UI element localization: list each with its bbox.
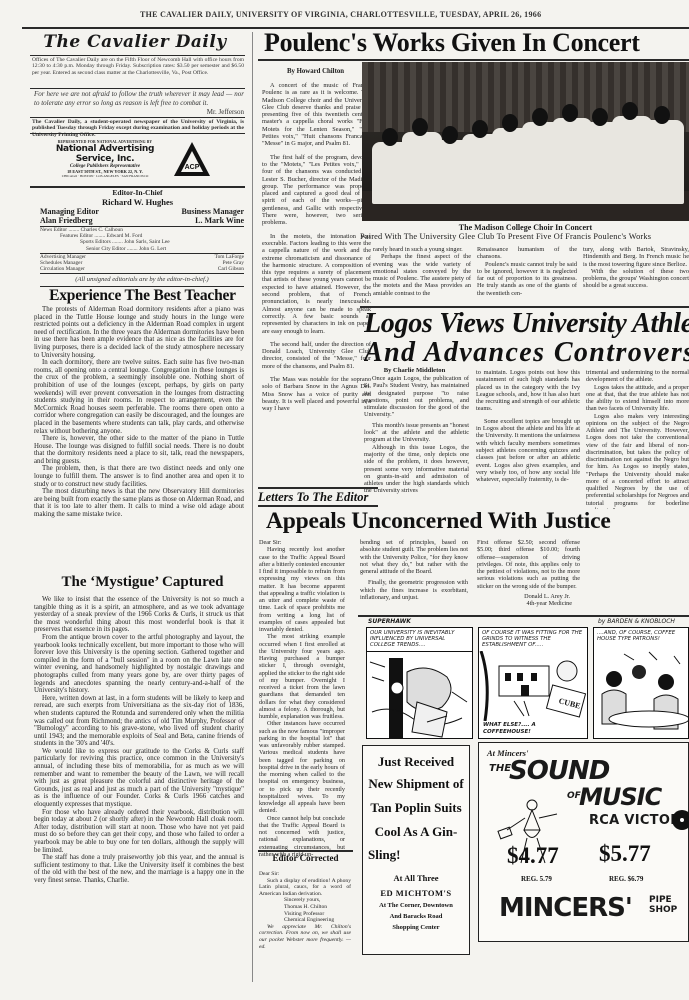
acp-triangle-icon: ACP [172, 140, 212, 180]
divider [358, 615, 689, 617]
logos-col3: trimental and undermining to the normal … [586, 369, 689, 509]
paragraph: Finally, the geometric progression with … [360, 579, 468, 601]
logos-headline-2: And Advances Controversy [364, 337, 689, 369]
bm-label: Business Manager [182, 207, 244, 216]
regular-price-1: REG. 5.79 [521, 875, 552, 883]
divider [258, 505, 378, 507]
paragraph: There is, however, the other side to the… [34, 435, 244, 465]
comic-panel-3: ....AND, OF COURSE, COFFEE HOUSE TYPE PA… [593, 627, 689, 739]
letters-col3: First offense $2.50; second offense $5.0… [477, 539, 580, 607]
paragraph: The staff has done a truly praiseworthy … [34, 854, 244, 884]
price-2: $5.77 [599, 841, 651, 867]
paragraph: The first half of the program, devoted t… [262, 154, 371, 227]
michtom-ad: Just Received New Shipment of Tan Poplin… [362, 745, 470, 955]
paragraph: Some excellent topics are brought up in … [476, 418, 580, 484]
paragraph: to maintain. Logos points out how this s… [476, 369, 580, 413]
paragraph: Having recently lost another case to the… [259, 546, 345, 633]
logos-col2: to maintain. Logos points out how this s… [476, 369, 580, 483]
salutation: Dear Sir: [259, 539, 345, 546]
signature-title: 4th-year Medicine [477, 600, 580, 607]
paragraph: With the solution of these two problems,… [583, 268, 689, 290]
paragraph: In the motets, the intonation was execra… [262, 233, 371, 335]
store-sub: PIPE SHOP [649, 895, 677, 915]
divider [40, 273, 244, 274]
mincers-ad: At Mincers' THE SOUND OF MUSIC RCA VICTO… [478, 742, 689, 942]
divider [30, 88, 245, 89]
circ-name: Carl Gibson [218, 266, 244, 272]
letters-headline: Appeals Unconcerned With Justice [266, 508, 596, 535]
record-icon [671, 809, 689, 831]
ad-line: Tan Poplin Suits [363, 796, 469, 820]
me-label: Managing Editor [40, 207, 99, 216]
signature-name: Donald L. Arey Jr. [477, 593, 580, 600]
closing: Sincerely yours, [259, 897, 351, 904]
paragraph: rarely heard in such a young singer. [373, 246, 471, 253]
poulenc-col1: A concert of the music of Francis Poulen… [262, 82, 371, 412]
divider [30, 55, 245, 56]
comic-panel-1: OUR UNIVERSITY IS INEVITABLY INFLUENCED … [366, 627, 473, 739]
signer-name: Thomas H. Chilton [259, 904, 351, 911]
city-editor: Senior City Editor ........ John G. Lert [40, 246, 244, 252]
logos-col1: Once again Logos, the publication of St.… [364, 375, 469, 495]
paragraph: Here, written down at last, in a form st… [34, 695, 244, 748]
ad-line: At The Corner, Downtown [363, 900, 469, 911]
ad-line: Shopping Center [363, 922, 469, 933]
paragraph: The Mass was notable for the soprano sol… [262, 376, 371, 412]
paragraph: Poulenc's music cannot truly be said to … [477, 261, 577, 297]
panel-bottom-caption: WHAT ELSE?.... A COFFEEHOUSE! [483, 722, 543, 735]
paragraph: In each dormitory, there are twelve suit… [34, 359, 244, 435]
editorial2-body: We like to insist that the essence of th… [34, 596, 244, 885]
paragraph: Logos also makes very interesting opinio… [586, 413, 689, 510]
paragraph: We like to insist that the essence of th… [34, 596, 244, 634]
paragraph: tury, along with Bartok, Stravinsky, Hin… [583, 246, 689, 268]
editorial1-body: The protests of Alderman Road dormitory … [34, 306, 244, 519]
panel-caption: ....AND, OF COURSE, COFFEE HOUSE TYPE PA… [594, 628, 688, 644]
title-music: MUSIC [579, 783, 661, 811]
paragraph: For those who have already ordered their… [34, 809, 244, 855]
salutation: Dear Sir: [259, 871, 351, 878]
logos-headline-1: Logos Views University Athletes [364, 308, 689, 340]
nas-block: REPRESENTED FOR NATIONAL ADVERTISING BY … [50, 140, 160, 178]
masthead-title: The Cavalier Daily [30, 32, 240, 52]
store-sub-shop: SHOP [649, 905, 677, 915]
staff-row-titles: Managing Editor Business Manager [40, 207, 244, 216]
paragraph: The most disturbing news is that the new… [34, 488, 244, 518]
editorial-note: (All unsigned editorials are by the edit… [40, 276, 244, 283]
store-sub-pipe: PIPE [649, 895, 677, 905]
section-editors: News Editor ........ Charles C. Calhoun … [40, 227, 244, 252]
masthead-about: The Cavalier Daily, a student-operated n… [32, 119, 244, 138]
divider [258, 487, 378, 489]
editor-corrected-body: Dear Sir: Such a display of erudition! A… [259, 871, 351, 950]
masthead-offices: Offices of The Cavalier Daily are on the… [32, 57, 244, 76]
comic-panel-2: OF COURSE IT WAS FITTING FOR THE GRINDS … [478, 627, 588, 739]
page-folio: THE CAVALIER DAILY, UNIVERSITY OF VIRGIN… [140, 10, 689, 19]
photo-caption-title: The Madison College Choir In Concert [362, 223, 689, 232]
paragraph: Perhaps the finest aspect of the evening… [373, 253, 471, 297]
jefferson-quote: For here we are not afraid to follow the… [34, 90, 244, 117]
business-staff: Advertising ManagerTom LaForge Schedules… [40, 254, 244, 273]
bm-name: L. Mark Wine [195, 216, 244, 225]
store-name: ED MICHTOM'S [363, 886, 469, 900]
divider [30, 133, 245, 134]
paragraph: Other instances have occurred such as th… [259, 720, 345, 814]
quote-text: For here we are not afraid to follow the… [34, 90, 244, 107]
nas-name: National Advertising Service, Inc. [50, 144, 160, 164]
letters-col1: Dear Sir: Having recently lost another c… [259, 539, 345, 858]
choir-photo [362, 62, 689, 221]
store-name: MINCERS' [499, 893, 632, 923]
logos-byline: By Charlie Middleton [362, 367, 467, 374]
panel-caption: OUR UNIVERSITY IS INEVITABLY INFLUENCED … [367, 628, 472, 652]
ad-line: Cool As A Gin- [363, 820, 469, 844]
poulenc-col2: rarely heard in such a young singer. Per… [373, 246, 471, 297]
comic-title: SUPERHAWK [368, 618, 411, 625]
poulenc-col4: tury, along with Bartok, Stravinsky, Hin… [583, 246, 689, 290]
paragraph: A concert of the music of Francis Poulen… [262, 82, 371, 148]
eic-name: Richard W. Hughes [30, 197, 245, 207]
editorial2-headline: The ‘Mystigue’ Captured [30, 574, 255, 591]
nas-line5: CHICAGO · BOSTON · LOS ANGELES · SAN FRA… [50, 174, 160, 178]
ad-line: Sling! [363, 844, 469, 866]
comic-credit: by BARDEN & KNOBLOCH [598, 618, 675, 625]
photo-caption-sub: Paired With The University Glee Club To … [360, 232, 689, 241]
paragraph: We would like to express our gratitude t… [34, 748, 244, 809]
ad-line: Just Received [363, 752, 469, 772]
signer-department: Chemical Engineering [259, 917, 351, 924]
paragraph: This month's issue presents an "honest l… [364, 422, 469, 444]
editorial1-headline: Experience The Best Teacher [30, 287, 255, 305]
letters-col2: bending set of principles, based on abso… [360, 539, 468, 601]
editor-corrected-headline: Editor Corrected [258, 853, 353, 863]
paragraph: Such a display of erudition! A phony Lat… [259, 878, 351, 898]
ad-line: New Shipment of [363, 772, 469, 796]
staff-row-names: Alan Friedberg L. Mark Wine [40, 216, 244, 225]
svg-text:ACP: ACP [185, 164, 200, 171]
paragraph: The second half, under the direction of … [262, 341, 371, 370]
quote-attribution: Mr. Jefferson [207, 108, 244, 117]
divider [30, 117, 245, 118]
ad-line: At All Three [363, 870, 469, 886]
editor-reply: We appreciate Mr. Chilton's correction. … [259, 924, 351, 950]
poulenc-col3: Renaissance humanism of the chansons. Po… [477, 246, 577, 297]
eic-label: Editor-In-Chief [30, 188, 245, 197]
paragraph: trimental and undermining to the normal … [586, 369, 689, 384]
paragraph: Once again Logos, the publication of St.… [364, 375, 469, 419]
divider [258, 59, 689, 61]
paragraph: Although in this issue Logos, the majori… [364, 444, 469, 495]
regular-price-2: REG. $6.79 [609, 875, 643, 883]
ad-line: And Baracks Road [363, 911, 469, 922]
paragraph: From the antique brown cover to the artf… [34, 634, 244, 695]
title-sound: SOUND [509, 756, 609, 786]
poulenc-byline: By Howard Chilton [258, 68, 373, 75]
price-1: $4.77 [507, 843, 559, 869]
paragraph: bending set of principles, based on abso… [360, 539, 468, 575]
rca-victor-label: RCA VICTOR [589, 813, 681, 828]
divider [258, 850, 353, 852]
paragraph: The most striking example occurred when … [259, 633, 345, 720]
paragraph: The protests of Alderman Road dormitory … [34, 306, 244, 359]
signer-title: Visiting Professor [259, 911, 351, 918]
panel-caption: OF COURSE IT WAS FITTING FOR THE GRINDS … [479, 628, 587, 651]
letters-section-label: Letters To The Editor [258, 490, 383, 505]
me-name: Alan Friedberg [40, 216, 93, 225]
paragraph: Logos takes the attitude, and a proper o… [586, 384, 689, 413]
column-rule [252, 32, 253, 982]
poulenc-headline: Poulenc's Works Given In Concert [264, 28, 689, 58]
paragraph: Renaissance humanism of the chansons. [477, 246, 577, 261]
title-the: THE [489, 763, 511, 774]
paragraph: First offense $2.50; second offense $5.0… [477, 539, 580, 590]
paragraph: The problem, then, is that there are two… [34, 465, 244, 488]
circ-label: Circulation Manager [40, 266, 85, 272]
